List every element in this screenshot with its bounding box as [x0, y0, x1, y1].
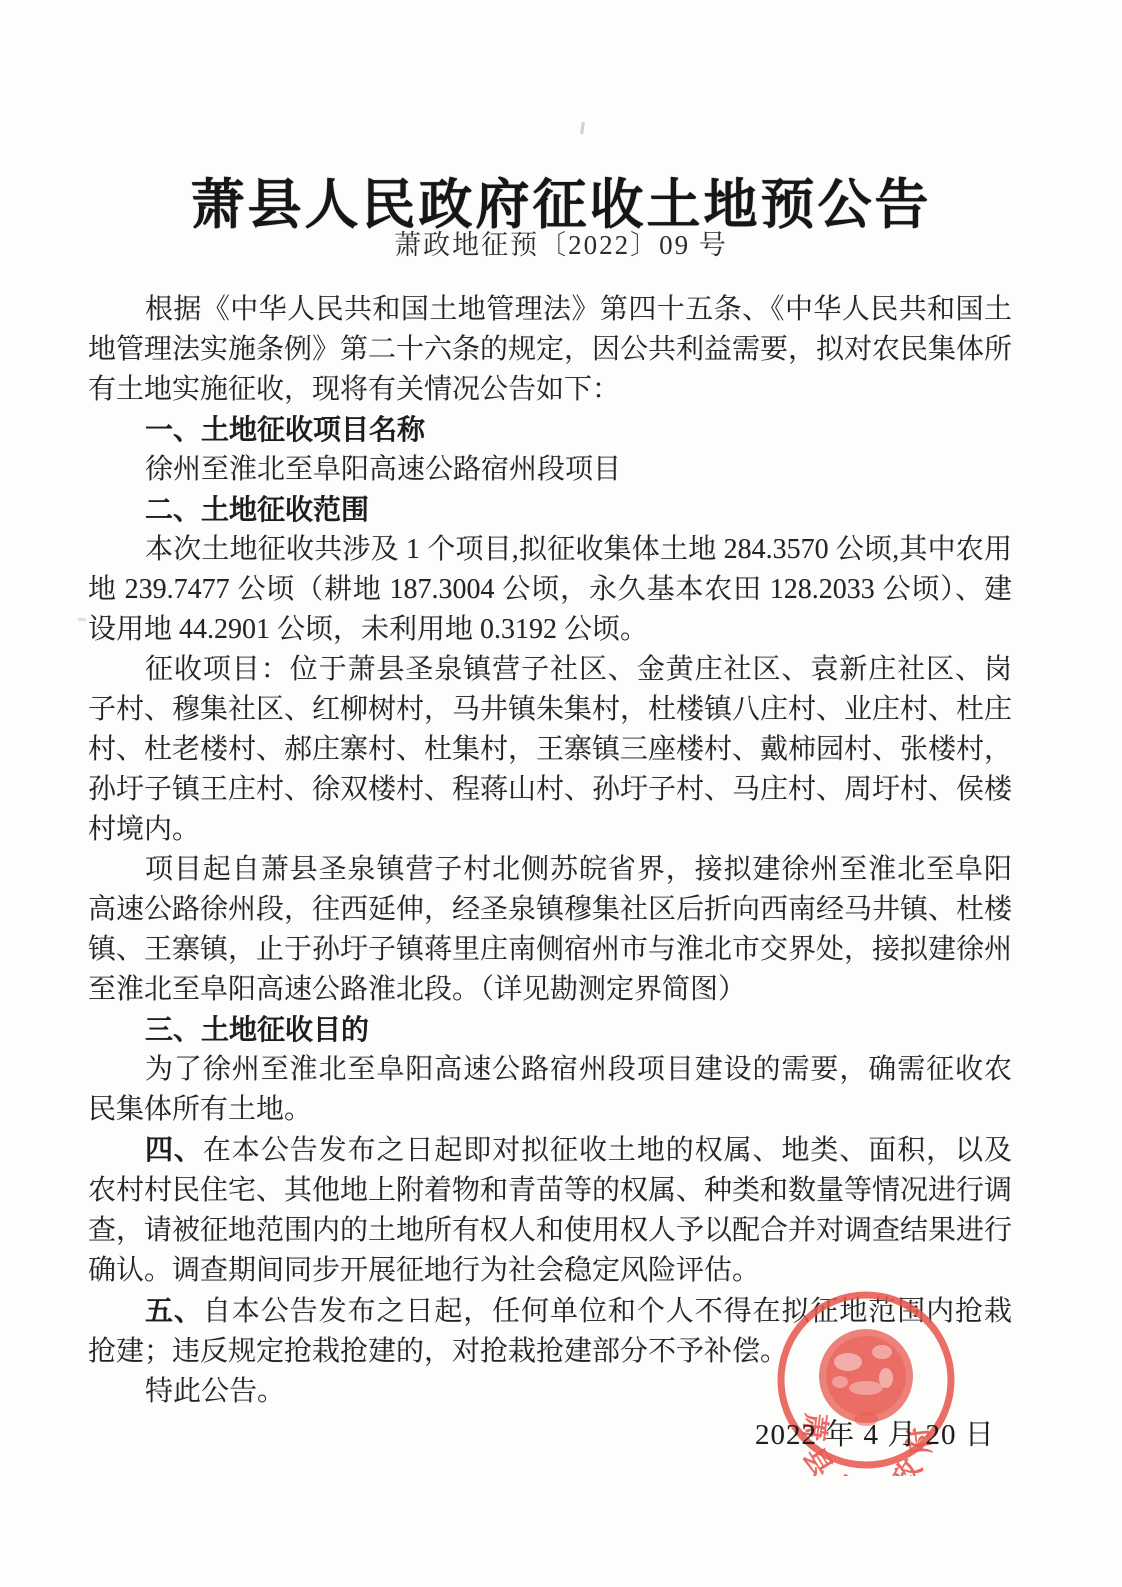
section-4-text: 在本公告发布之日起即对拟征收土地的权属、地类、面积，以及农村村民住宅、其他地上附… — [88, 1135, 1012, 1286]
document-body: 根据《中华人民共和国土地管理法》第四十五条、《中华人民共和国土地管理法实施条例》… — [88, 290, 1012, 1412]
paragraph-section-4: 四、在本公告发布之日起即对拟征收土地的权属、地类、面积，以及农村村民住宅、其他地… — [88, 1130, 1012, 1291]
scan-artifact — [580, 122, 585, 134]
paragraph-route: 项目起自萧县圣泉镇营子村北侧苏皖省界，接拟建徐州至淮北至阜阳高速公路徐州段，往西… — [88, 850, 1012, 1010]
scan-artifact — [78, 618, 86, 621]
paragraph-villages: 征收项目：位于萧县圣泉镇营子社区、金黄庄社区、袁新庄社区、岗子村、穆集社区、红柳… — [88, 650, 1012, 850]
section-4-lead: 四、 — [145, 1133, 203, 1166]
paragraph-purpose: 为了徐州至淮北至阜阳高速公路宿州段项目建设的需要，确需征收农民集体所有土地。 — [88, 1050, 1012, 1130]
paragraph-land-area: 本次土地征收共涉及 1 个项目,拟征收集体土地 284.3570 公顷,其中农用… — [88, 530, 1012, 650]
section-heading-3: 三、土地征收目的 — [88, 1010, 1012, 1050]
section-heading-2: 二、土地征收范围 — [88, 490, 1012, 530]
document-date: 2022 年 4 月 20 日 — [755, 1412, 995, 1453]
announcement-page: 萧县人民政府征收土地预公告 萧政地征预〔2022〕09 号 根据《中华人民共和国… — [0, 0, 1122, 1587]
section-5-lead: 五、 — [145, 1294, 203, 1327]
paragraph-project-name: 徐州至淮北至阜阳高速公路宿州段项目 — [88, 450, 1012, 490]
paragraph-legal-basis: 根据《中华人民共和国土地管理法》第四十五条、《中华人民共和国土地管理法实施条例》… — [88, 290, 1012, 410]
document-number: 萧政地征预〔2022〕09 号 — [0, 223, 1122, 262]
section-heading-1: 一、土地征收项目名称 — [88, 410, 1012, 450]
